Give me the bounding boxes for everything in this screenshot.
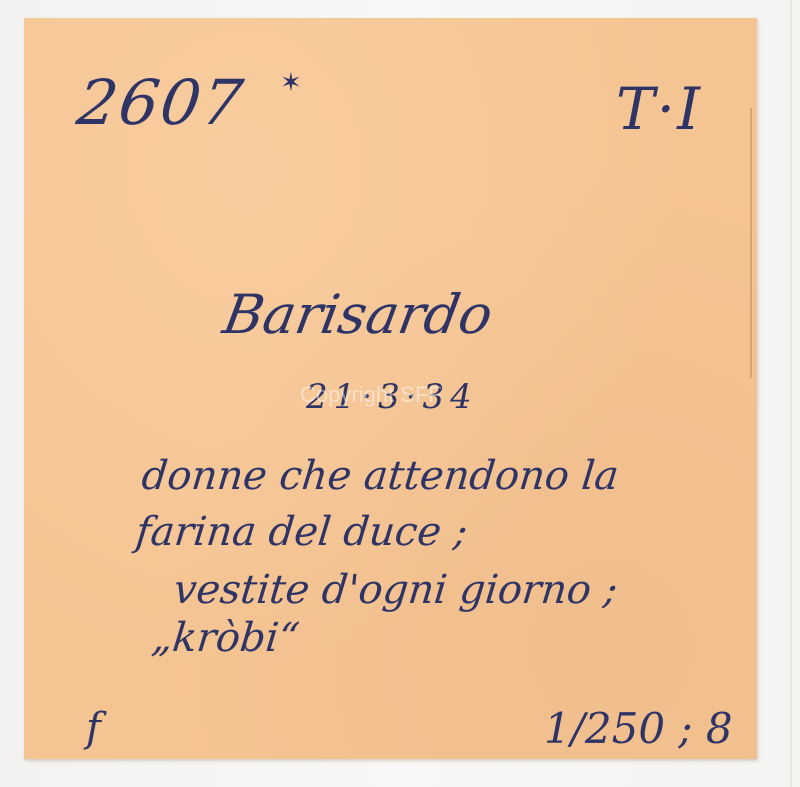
- copyright-watermark: Copyright SFF: [300, 382, 442, 408]
- star-icon: ✶: [280, 70, 302, 96]
- description-line: donne che attendono la: [140, 456, 621, 496]
- scan-background: 2607 ✶ T·I Barisardo 21·3·34 donne che a…: [0, 0, 800, 787]
- description-line: vestite d'ogni giorno ;: [172, 570, 620, 610]
- card-fold-line: [750, 108, 752, 378]
- backing-sheet-edge: [790, 0, 792, 787]
- series-code: T·I: [616, 80, 702, 138]
- description-line: farina del duce ;: [134, 512, 470, 552]
- place-name: Barisardo: [219, 288, 496, 342]
- bottom-left-code: f: [86, 708, 101, 748]
- description-line: „kròbi“: [150, 618, 301, 658]
- catalog-number: 2607: [74, 72, 249, 134]
- exposure-setting: 1/250 ; 8: [544, 708, 733, 750]
